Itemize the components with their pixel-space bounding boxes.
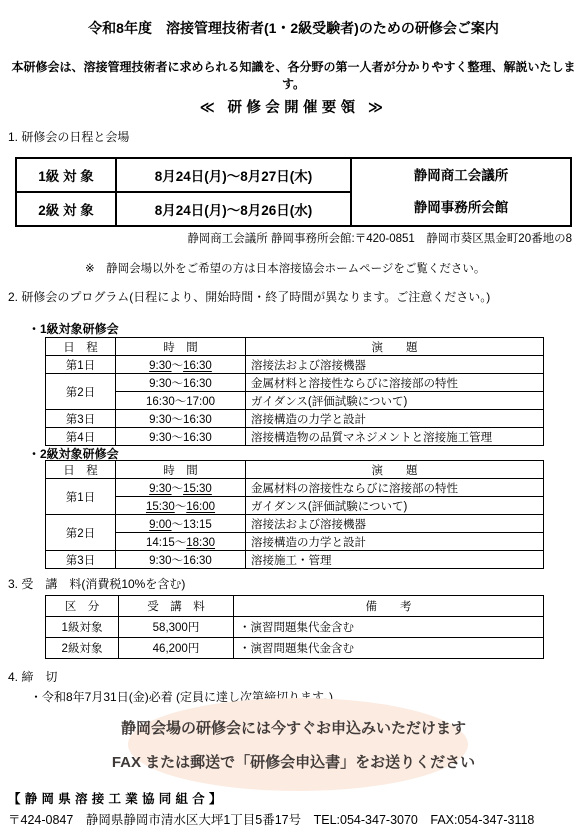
fee-cell: 58,300円 [119,617,234,638]
time-separator: ～ [172,483,184,495]
time-end: 16:30 [183,360,212,372]
venue-target-cell: 1級 対 象 [16,158,116,192]
time-separator: ～ [172,360,184,372]
topic-cell: 溶接法および溶接機器 [246,356,544,374]
topic-cell: 金属材料の溶接性ならびに溶接部の特性 [246,479,544,497]
header-topic-cell: 演 題 [246,461,544,479]
promo-line-2: FAX または郵送で「研修会申込書」をお送りください [0,751,587,772]
time-end: 16:30 [183,378,212,390]
table-row: 2級対象 46,200円 ・演習問題集代金含む [46,638,544,659]
venue-name-cell: 静岡商工会議所 静岡事務所会館 [351,158,571,226]
time-separator: ～ [175,501,187,513]
day-cell: 第3日 [46,551,116,569]
header-day-cell: 日 程 [46,461,116,479]
table-row: 第2日 9:30～16:30 金属材料と溶接性ならびに溶接部の特性 [46,374,544,392]
topic-cell: ガイダンス(評価試験について) [246,497,544,515]
topic-cell: 金属材料と溶接性ならびに溶接部の特性 [246,374,544,392]
section1-label: 1. 研修会の日程と会場 [8,128,129,145]
time-start: 15:30 [146,501,175,513]
topic-cell: 溶接構造の力学と設計 [246,410,544,428]
header-topic-cell: 演 題 [246,338,544,356]
offsite-note: ※ 静岡会場以外をご希望の方は日本溶接協会ホームページをご覧ください。 [85,260,485,276]
venue-dates-cell: 8月24日(月)～8月27日(木) [116,158,351,192]
time-cell: 9:30～16:30 [116,428,246,446]
header-category-cell: 区 分 [46,596,119,617]
program1-label: ・1級対象研修会 [28,320,119,337]
topic-cell: 溶接法および溶接機器 [246,515,544,533]
topic-cell: 溶接施工・管理 [246,551,544,569]
table-row: 第4日 9:30～16:30 溶接構造物の品質マネジメントと溶接施工管理 [46,428,544,446]
day-cell: 第2日 [46,374,116,410]
venue-table: 1級 対 象 8月24日(月)～8月27日(木) 静岡商工会議所 静岡事務所会館… [15,157,572,227]
time-separator: ～ [175,537,187,549]
day-cell: 第2日 [46,515,116,551]
header-fee-cell: 受 講 料 [119,596,234,617]
note-cell: ・演習問題集代金含む [234,617,544,638]
time-cell: 14:15～18:30 [116,533,246,551]
time-cell: 15:30～16:00 [116,497,246,515]
time-end: 16:00 [186,501,215,513]
table-row: 1級 対 象 8月24日(月)～8月27日(木) 静岡商工会議所 静岡事務所会館 [16,158,571,192]
header-note-cell: 備 考 [234,596,544,617]
fee-cell: 46,200円 [119,638,234,659]
header-day-cell: 日 程 [46,338,116,356]
section2-label: 2. 研修会のプログラム(日程により、開始時間・終了時間が異なります。ご注意くだ… [8,288,490,305]
time-cell: 9:30～16:30 [116,551,246,569]
venue-name: 静岡商工会議所 [352,160,570,192]
time-start: 16:30 [146,396,175,408]
time-start: 14:15 [146,537,175,549]
section4-label: 4. 締 切 [8,668,57,685]
category-cell: 1級対象 [46,617,119,638]
page-title: 令和8年度 溶接管理技術者(1・2級受験者)のための研修会ご案内 [0,18,587,38]
day-cell: 第1日 [46,479,116,515]
intro-text: 本研修会は、溶接管理技術者に求められる知識を、各分野の第一人者が分かりやすく整理… [0,58,587,92]
time-separator: ～ [172,555,184,567]
table-row: 14:15～18:30 溶接構造の力学と設計 [46,533,544,551]
table-row: 第2日 9:00～13:15 溶接法および溶接機器 [46,515,544,533]
time-end: 16:30 [183,555,212,567]
time-end: 16:30 [183,414,212,426]
time-separator: ～ [175,396,187,408]
venue-name: 静岡事務所会館 [352,192,570,224]
time-cell: 16:30～17:00 [116,392,246,410]
time-cell: 9:30～16:30 [116,374,246,392]
note-cell: ・演習問題集代金含む [234,638,544,659]
footer-org: 【静岡県溶接工業協同組合】 [8,789,226,807]
time-end: 17:00 [186,396,215,408]
table-row: 第1日 9:30～16:30 溶接法および溶接機器 [46,356,544,374]
footer-address: 〒424-0847 静岡県静岡市清水区大坪1丁目5番17号 TEL:054-34… [8,810,534,828]
table-row: 16:30～17:00 ガイダンス(評価試験について) [46,392,544,410]
time-end: 13:15 [183,519,212,531]
time-end: 18:30 [186,537,215,549]
time-separator: ～ [172,378,184,390]
time-cell: 9:30～16:30 [116,410,246,428]
category-cell: 2級対象 [46,638,119,659]
day-cell: 第1日 [46,356,116,374]
table-header-row: 日 程 時 間 演 題 [46,461,544,479]
time-start: 9:30 [149,360,171,372]
header-time-cell: 時 間 [116,461,246,479]
time-start: 9:00 [149,519,171,531]
table-row: 第1日 9:30～15:30 金属材料の溶接性ならびに溶接部の特性 [46,479,544,497]
time-start: 9:30 [149,378,171,390]
day-cell: 第4日 [46,428,116,446]
promo-ellipse [128,698,468,791]
table-row: 1級対象 58,300円 ・演習問題集代金含む [46,617,544,638]
day-cell: 第3日 [46,410,116,428]
table-row: 第3日 9:30～16:30 溶接施工・管理 [46,551,544,569]
table-row: 第3日 9:30～16:30 溶接構造の力学と設計 [46,410,544,428]
table-header-row: 区 分 受 講 料 備 考 [46,596,544,617]
time-cell: 9:00～13:15 [116,515,246,533]
time-end: 16:30 [183,432,212,444]
time-start: 9:30 [149,432,171,444]
program2-table: 日 程 時 間 演 題 第1日 9:30～15:30 金属材料の溶接性ならびに溶… [45,460,544,569]
time-start: 9:30 [149,555,171,567]
time-start: 9:30 [149,414,171,426]
topic-cell: 溶接構造物の品質マネジメントと溶接施工管理 [246,428,544,446]
venue-dates-cell: 8月24日(月)～8月26日(水) [116,192,351,226]
program1-table: 日 程 時 間 演 題 第1日 9:30～16:30 溶接法および溶接機器 第2… [45,337,544,446]
table-header-row: 日 程 時 間 演 題 [46,338,544,356]
time-end: 15:30 [183,483,212,495]
fee-table: 区 分 受 講 料 備 考 1級対象 58,300円 ・演習問題集代金含む 2級… [45,595,544,659]
venue-address-note: 静岡商工会議所 静岡事務所会館:〒420-0851 静岡市葵区黒金町20番地の8 [15,230,572,246]
time-separator: ～ [172,432,184,444]
promo-line-1: 静岡会場の研修会には今すぐお申込みいただけます [0,717,587,738]
time-cell: 9:30～16:30 [116,356,246,374]
section-heading: ≪ 研修会開催要領 ≫ [0,96,587,117]
table-row: 15:30～16:00 ガイダンス(評価試験について) [46,497,544,515]
time-separator: ～ [172,414,184,426]
section3-label: 3. 受 講 料(消費税10%を含む) [8,575,185,592]
topic-cell: ガイダンス(評価試験について) [246,392,544,410]
time-cell: 9:30～15:30 [116,479,246,497]
flyer-page: 令和8年度 溶接管理技術者(1・2級受験者)のための研修会ご案内 本研修会は、溶… [0,0,587,837]
header-time-cell: 時 間 [116,338,246,356]
venue-target-cell: 2級 対 象 [16,192,116,226]
time-separator: ～ [172,519,184,531]
time-start: 9:30 [149,483,171,495]
topic-cell: 溶接構造の力学と設計 [246,533,544,551]
